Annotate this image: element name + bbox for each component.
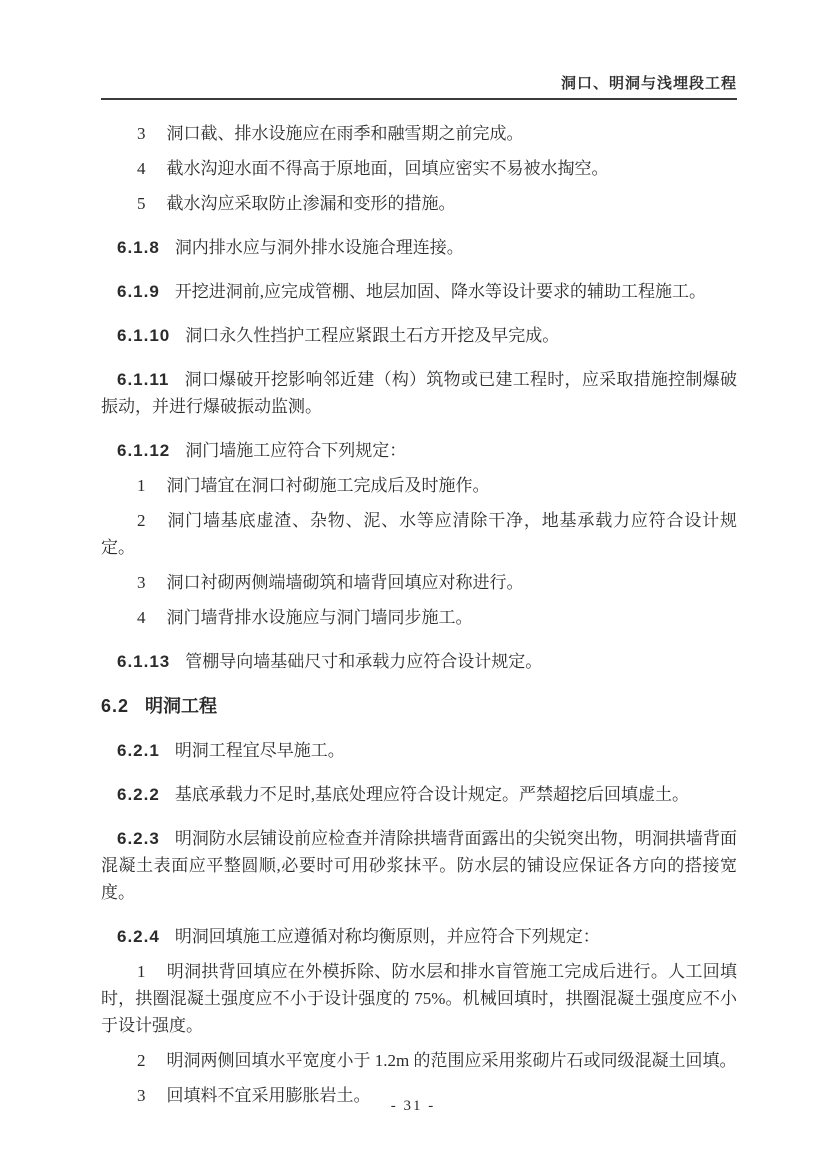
clause-number: 6.1.10	[117, 326, 170, 345]
sub-item: 2洞门墙基底虚渣、杂物、泥、水等应清除干净，地基承载力应符合设计规定。	[101, 507, 737, 561]
clause-text: 洞内排水应与洞外排水设施合理连接。	[175, 238, 464, 257]
clause-number: 6.2.1	[117, 741, 160, 760]
sub-item-text: 明洞两侧回填水平宽度小于 1.2m 的范围应采用浆砌片石或同级混凝土回填。	[167, 1051, 737, 1070]
sub-item-text: 截水沟应采取防止渗漏和变形的措施。	[167, 194, 456, 213]
clause-number: 6.2.4	[117, 927, 160, 946]
clause-6-2-3: 6.2.3明洞防水层铺设前应检查并清除拱墙背面露出的尖锐突出物，明洞拱墙背面混凝…	[101, 825, 737, 906]
sub-item: 2明洞两侧回填水平宽度小于 1.2m 的范围应采用浆砌片石或同级混凝土回填。	[101, 1047, 737, 1074]
sub-item-text: 洞门墙宜在洞口衬砌施工完成后及时施作。	[167, 476, 490, 495]
sub-item: 3洞口衬砌两侧端墙砌筑和墙背回填应对称进行。	[101, 569, 737, 596]
sub-item-text: 洞门墙基底虚渣、杂物、泥、水等应清除干净，地基承载力应符合设计规定。	[101, 511, 737, 557]
sub-item-number: 3	[137, 573, 146, 592]
clause-number: 6.1.9	[117, 282, 160, 301]
clause-6-1-13: 6.1.13管棚导向墙基础尺寸和承载力应符合设计规定。	[101, 648, 737, 675]
clause-text: 洞门墙施工应符合下列规定：	[185, 441, 406, 460]
document-body: 3洞口截、排水设施应在雨季和融雪期之前完成。 4截水沟迎水面不得高于原地面，回填…	[101, 100, 737, 1109]
sub-item: 4截水沟迎水面不得高于原地面，回填应密实不易被水掏空。	[101, 155, 737, 182]
sub-item-text: 截水沟迎水面不得高于原地面，回填应密实不易被水掏空。	[167, 159, 609, 178]
sub-item-number: 3	[137, 124, 146, 143]
clause-6-1-11: 6.1.11洞口爆破开挖影响邻近建（构）筑物或已建工程时，应采取措施控制爆破振动…	[101, 366, 737, 420]
clause-number: 6.1.8	[117, 238, 160, 257]
sub-item-number: 1	[137, 476, 146, 495]
sub-item-text: 洞口截、排水设施应在雨季和融雪期之前完成。	[167, 124, 524, 143]
clause-number: 6.1.13	[117, 652, 170, 671]
document-page: 洞口、明洞与浅埋段工程 3洞口截、排水设施应在雨季和融雪期之前完成。 4截水沟迎…	[0, 0, 826, 1169]
clause-number: 6.2.3	[117, 829, 160, 848]
sub-item-number: 2	[137, 1051, 146, 1070]
clause-6-2-1: 6.2.1明洞工程宜尽早施工。	[101, 737, 737, 764]
clause-6-2-4: 6.2.4明洞回填施工应遵循对称均衡原则，并应符合下列规定：	[101, 923, 737, 950]
sub-item: 1明洞拱背回填应在外模拆除、防水层和排水盲管施工完成后进行。人工回填时，拱圈混凝…	[101, 958, 737, 1039]
sub-item: 5截水沟应采取防止渗漏和变形的措施。	[101, 190, 737, 217]
clause-number: 6.2.2	[117, 785, 160, 804]
clause-text: 基底承载力不足时,基底处理应符合设计规定。严禁超挖后回填虚土。	[175, 785, 689, 804]
clause-6-1-9: 6.1.9开挖进洞前,应完成管棚、地层加固、降水等设计要求的辅助工程施工。	[101, 278, 737, 305]
clause-text: 洞口爆破开挖影响邻近建（构）筑物或已建工程时，应采取措施控制爆破振动，并进行爆破…	[101, 370, 737, 416]
sub-item-number: 4	[137, 608, 146, 627]
clause-number: 6.1.12	[117, 441, 170, 460]
clause-6-2-2: 6.2.2基底承载力不足时,基底处理应符合设计规定。严禁超挖后回填虚土。	[101, 781, 737, 808]
sub-item: 4洞门墙背排水设施应与洞门墙同步施工。	[101, 604, 737, 631]
clause-text: 开挖进洞前,应完成管棚、地层加固、降水等设计要求的辅助工程施工。	[175, 282, 706, 301]
sub-item: 1洞门墙宜在洞口衬砌施工完成后及时施作。	[101, 472, 737, 499]
clause-text: 明洞工程宜尽早施工。	[175, 741, 345, 760]
sub-item-number: 1	[137, 962, 146, 981]
sub-item-number: 5	[137, 194, 146, 213]
clause-6-1-12: 6.1.12洞门墙施工应符合下列规定：	[101, 437, 737, 464]
clause-text: 洞口永久性挡护工程应紧跟土石方开挖及早完成。	[185, 326, 559, 345]
clause-6-1-8: 6.1.8洞内排水应与洞外排水设施合理连接。	[101, 234, 737, 261]
running-header-title: 洞口、明洞与浅埋段工程	[561, 75, 737, 92]
running-header: 洞口、明洞与浅埋段工程	[101, 0, 737, 100]
page-number: - 31 -	[391, 1098, 436, 1114]
sub-item-number: 2	[137, 511, 146, 530]
section-title: 明洞工程	[145, 696, 217, 716]
clause-text: 明洞防水层铺设前应检查并清除拱墙背面露出的尖锐突出物，明洞拱墙背面混凝土表面应平…	[101, 829, 737, 902]
page-footer: - 31 -	[0, 1098, 826, 1115]
sub-item-text: 洞门墙背排水设施应与洞门墙同步施工。	[167, 608, 473, 627]
sub-item-number: 4	[137, 159, 146, 178]
clause-6-1-10: 6.1.10洞口永久性挡护工程应紧跟土石方开挖及早完成。	[101, 322, 737, 349]
sub-item: 3洞口截、排水设施应在雨季和融雪期之前完成。	[101, 120, 737, 147]
clause-text: 明洞回填施工应遵循对称均衡原则，并应符合下列规定：	[175, 927, 600, 946]
clause-number: 6.1.11	[117, 370, 169, 389]
section-heading-6-2: 6.2明洞工程	[101, 693, 737, 720]
clause-text: 管棚导向墙基础尺寸和承载力应符合设计规定。	[185, 652, 542, 671]
section-number: 6.2	[101, 696, 129, 716]
sub-item-text: 明洞拱背回填应在外模拆除、防水层和排水盲管施工完成后进行。人工回填时，拱圈混凝土…	[101, 962, 737, 1035]
sub-item-text: 洞口衬砌两侧端墙砌筑和墙背回填应对称进行。	[167, 573, 524, 592]
